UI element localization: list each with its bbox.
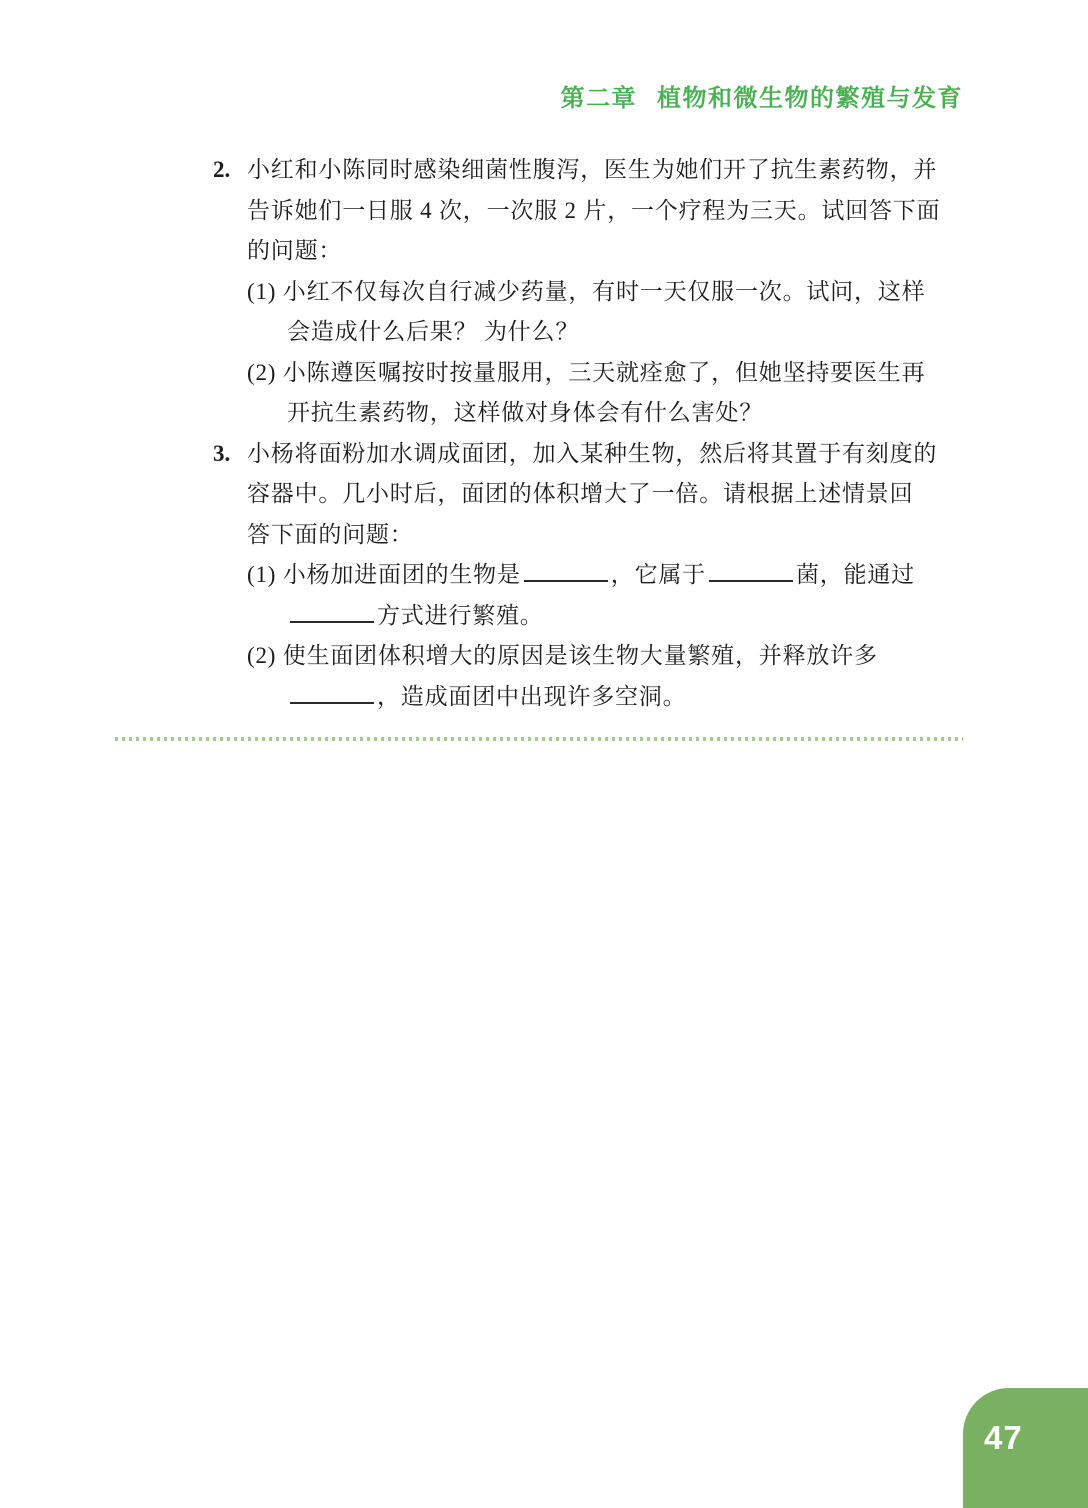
answer-blank — [524, 556, 608, 582]
question-text: 会造成什么后果？ 为什么？ — [287, 319, 579, 344]
page-number: 47 — [984, 1419, 1088, 1457]
question-line: 的问题： — [247, 231, 953, 272]
question-text: 小杨将面粉加水调成面团，加入某种生物，然后将其置于有刻度的 — [247, 441, 937, 466]
page-number-badge: 47 — [963, 1388, 1088, 1508]
answer-blank — [709, 556, 793, 582]
question-line: 小杨将面粉加水调成面团，加入某种生物，然后将其置于有刻度的 — [247, 434, 953, 475]
answer-blank — [290, 677, 374, 703]
question-text: 答下面的问题： — [247, 522, 414, 547]
question-line: 会造成什么后果？ 为什么？ — [247, 312, 953, 353]
question-text: (2) 使生面团体积增大的原因是该生物大量繁殖，并释放许多 — [247, 643, 878, 668]
question-item: 2.小红和小陈同时感染细菌性腹泻，医生为她们开了抗生素药物，并告诉她们一日服 4… — [213, 150, 953, 434]
question-lines: 小红和小陈同时感染细菌性腹泻，医生为她们开了抗生素药物，并告诉她们一日服 4 次… — [247, 150, 953, 434]
question-line: ，造成面团中出现许多空洞。 — [247, 677, 953, 718]
chapter-title: 植物和微生物的繁殖与发育 — [657, 85, 963, 112]
question-text: 开抗生素药物，这样做对身体会有什么害处？ — [287, 400, 763, 425]
question-text: (1) 小杨加进面团的生物是 — [247, 562, 521, 587]
question-text: 的问题： — [247, 238, 342, 263]
question-line: (1) 小杨加进面团的生物是，它属于菌，能通过 — [247, 555, 953, 596]
question-line: 小红和小陈同时感染细菌性腹泻，医生为她们开了抗生素药物，并 — [247, 150, 953, 191]
question-text: ，造成面团中出现许多空洞。 — [377, 684, 686, 709]
question-number: 2. — [213, 150, 247, 434]
question-number: 3. — [213, 434, 247, 718]
question-lines: 小杨将面粉加水调成面团，加入某种生物，然后将其置于有刻度的容器中。几小时后，面团… — [247, 434, 953, 718]
dotted-divider — [115, 737, 963, 741]
question-line: (2) 使生面团体积增大的原因是该生物大量繁殖，并释放许多 — [247, 636, 953, 677]
answer-blank — [290, 596, 374, 622]
question-line: 容器中。几小时后，面团的体积增大了一倍。请根据上述情景回 — [247, 474, 953, 515]
question-text: (1) 小红不仅每次自行减少药量，有时一天仅服一次。试问，这样 — [247, 279, 925, 304]
question-text: 方式进行繁殖。 — [377, 603, 544, 628]
question-text: 菌，能通过 — [796, 562, 915, 587]
question-text: 容器中。几小时后，面团的体积增大了一倍。请根据上述情景回 — [247, 481, 913, 506]
question-text: (2) 小陈遵医嘱按时按量服用，三天就痊愈了，但她坚持要医生再 — [247, 360, 925, 385]
questions-area: 2.小红和小陈同时感染细菌性腹泻，医生为她们开了抗生素药物，并告诉她们一日服 4… — [213, 150, 953, 717]
chapter-number: 第二章 — [561, 85, 638, 112]
question-text: 告诉她们一日服 4 次，一次服 2 片，一个疗程为三天。试回答下面 — [247, 198, 940, 223]
question-text: 小红和小陈同时感染细菌性腹泻，医生为她们开了抗生素药物，并 — [247, 157, 937, 182]
question-line: 方式进行繁殖。 — [247, 596, 953, 637]
question-line: 答下面的问题： — [247, 515, 953, 556]
question-line: 开抗生素药物，这样做对身体会有什么害处？ — [247, 393, 953, 434]
question-item: 3.小杨将面粉加水调成面团，加入某种生物，然后将其置于有刻度的容器中。几小时后，… — [213, 434, 953, 718]
chapter-header: 第二章植物和微生物的繁殖与发育 — [0, 78, 963, 113]
question-line: 告诉她们一日服 4 次，一次服 2 片，一个疗程为三天。试回答下面 — [247, 191, 953, 232]
question-text: ，它属于 — [611, 562, 706, 587]
question-line: (2) 小陈遵医嘱按时按量服用，三天就痊愈了，但她坚持要医生再 — [247, 353, 953, 394]
question-line: (1) 小红不仅每次自行减少药量，有时一天仅服一次。试问，这样 — [247, 272, 953, 313]
